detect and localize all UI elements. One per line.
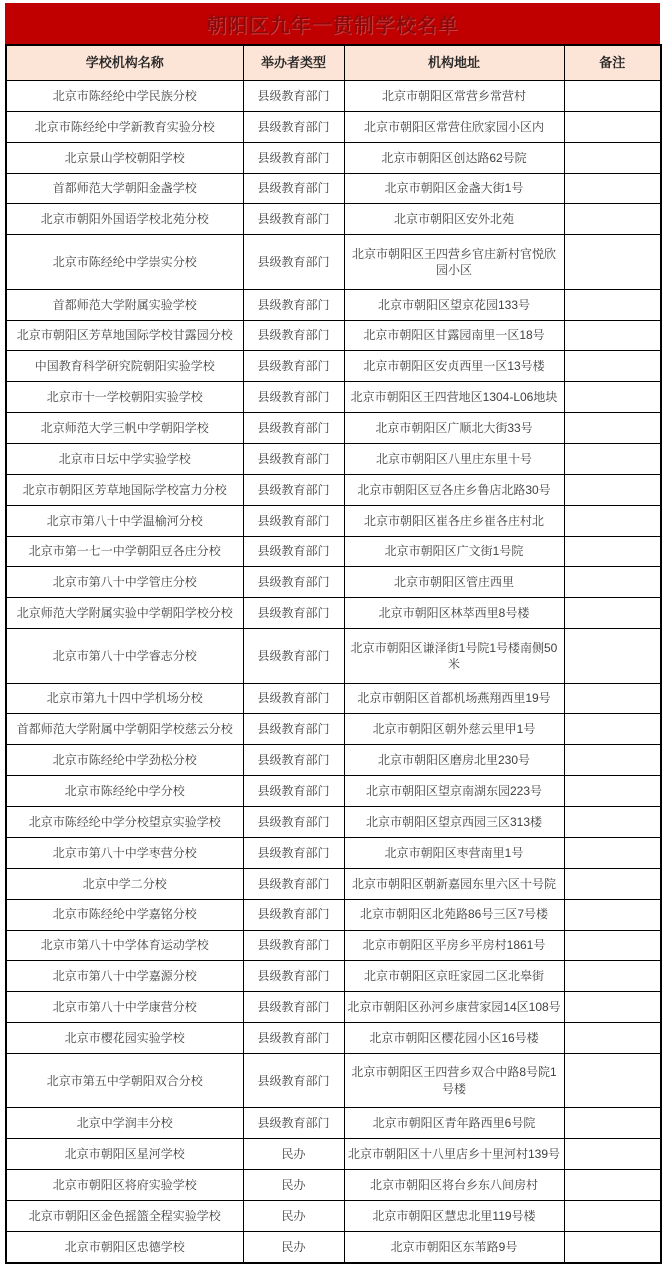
organizer-type-cell: 县级教育部门 bbox=[243, 111, 344, 142]
column-header-address: 机构地址 bbox=[344, 45, 564, 81]
page-title: 朝阳区九年一贯制学校名单 bbox=[207, 9, 459, 38]
school-name-cell: 北京中学润丰分校 bbox=[6, 1108, 243, 1139]
organizer-type-cell: 县级教育部门 bbox=[243, 776, 344, 807]
table-row: 北京市陈经纶中学嘉铭分校县级教育部门北京市朝阳区北苑路86号三区7号楼 bbox=[6, 899, 661, 930]
table-row: 北京市第八十中学管庄分校县级教育部门北京市朝阳区管庄西里 bbox=[6, 567, 661, 598]
address-cell: 北京市朝阳区王四营地区1304-L06地块 bbox=[344, 382, 564, 413]
organizer-type-cell: 县级教育部门 bbox=[243, 413, 344, 444]
address-cell: 北京市朝阳区王四营乡官庄新村官悦欣园小区 bbox=[344, 235, 564, 289]
note-cell bbox=[564, 1108, 661, 1139]
school-name-cell: 北京市陈经纶中学民族分校 bbox=[6, 81, 243, 112]
organizer-type-cell: 民办 bbox=[243, 1231, 344, 1263]
table-row: 北京市第一七一中学朝阳豆各庄分校县级教育部门北京市朝阳区广文街1号院 bbox=[6, 536, 661, 567]
table-row: 北京市陈经纶中学分校县级教育部门北京市朝阳区望京南湖东园223号 bbox=[6, 776, 661, 807]
organizer-type-cell: 县级教育部门 bbox=[243, 320, 344, 351]
organizer-type-cell: 县级教育部门 bbox=[243, 745, 344, 776]
school-name-cell: 北京市第八十中学睿志分校 bbox=[6, 629, 243, 683]
address-cell: 北京市朝阳区平房乡平房村1861号 bbox=[344, 930, 564, 961]
school-name-cell: 北京市第九十四中学机场分校 bbox=[6, 683, 243, 714]
school-name-cell: 北京市第八十中学管庄分校 bbox=[6, 567, 243, 598]
address-cell: 北京市朝阳区京旺家园二区北皋街 bbox=[344, 961, 564, 992]
note-cell bbox=[564, 1139, 661, 1170]
organizer-type-cell: 县级教育部门 bbox=[243, 992, 344, 1023]
address-cell: 北京市朝阳区孙河乡康营家园14区108号 bbox=[344, 992, 564, 1023]
note-cell bbox=[564, 444, 661, 475]
address-cell: 北京市朝阳区首都机场燕翔西里19号 bbox=[344, 683, 564, 714]
note-cell bbox=[564, 81, 661, 112]
note-cell bbox=[564, 930, 661, 961]
school-name-cell: 北京市朝阳区将府实验学校 bbox=[6, 1170, 243, 1201]
note-cell bbox=[564, 320, 661, 351]
table-row: 北京中学润丰分校县级教育部门北京市朝阳区青年路西里6号院 bbox=[6, 1108, 661, 1139]
note-cell bbox=[564, 1170, 661, 1201]
address-cell: 北京市朝阳区常营乡常营村 bbox=[344, 81, 564, 112]
school-name-cell: 北京市陈经纶中学嘉铭分校 bbox=[6, 899, 243, 930]
school-name-cell: 北京市樱花园实验学校 bbox=[6, 1023, 243, 1054]
table-row: 北京市第八十中学枣营分校县级教育部门北京市朝阳区枣营南里1号 bbox=[6, 837, 661, 868]
document-sheet: 朝阳区九年一贯制学校名单 学校机构名称 举办者类型 机构地址 备注 北京市陈经纶… bbox=[0, 0, 665, 1264]
organizer-type-cell: 县级教育部门 bbox=[243, 807, 344, 838]
school-name-cell: 北京市朝阳外国语学校北苑分校 bbox=[6, 204, 243, 235]
school-name-cell: 北京市第五中学朝阳双合分校 bbox=[6, 1053, 243, 1107]
note-cell bbox=[564, 382, 661, 413]
table-row: 首都师范大学附属实验学校县级教育部门北京市朝阳区望京花园133号 bbox=[6, 289, 661, 320]
address-cell: 北京市朝阳区东苇路9号 bbox=[344, 1231, 564, 1263]
table-row: 北京市朝阳区芳草地国际学校富力分校县级教育部门北京市朝阳区豆各庄乡鲁店北路30号 bbox=[6, 474, 661, 505]
note-cell bbox=[564, 567, 661, 598]
school-name-cell: 北京市朝阳区忠德学校 bbox=[6, 1231, 243, 1263]
table-row: 北京景山学校朝阳学校县级教育部门北京市朝阳区创达路62号院 bbox=[6, 142, 661, 173]
school-name-cell: 北京市朝阳区芳草地国际学校富力分校 bbox=[6, 474, 243, 505]
note-cell bbox=[564, 714, 661, 745]
address-cell: 北京市朝阳区望京花园133号 bbox=[344, 289, 564, 320]
school-name-cell: 北京市朝阳区芳草地国际学校甘露园分校 bbox=[6, 320, 243, 351]
organizer-type-cell: 县级教育部门 bbox=[243, 536, 344, 567]
organizer-type-cell: 县级教育部门 bbox=[243, 598, 344, 629]
organizer-type-cell: 县级教育部门 bbox=[243, 382, 344, 413]
organizer-type-cell: 县级教育部门 bbox=[243, 961, 344, 992]
organizer-type-cell: 县级教育部门 bbox=[243, 837, 344, 868]
address-cell: 北京市朝阳区广文街1号院 bbox=[344, 536, 564, 567]
organizer-type-cell: 县级教育部门 bbox=[243, 351, 344, 382]
address-cell: 北京市朝阳区谦泽街1号院1号楼南侧50米 bbox=[344, 629, 564, 683]
note-cell bbox=[564, 961, 661, 992]
note-cell bbox=[564, 142, 661, 173]
organizer-type-cell: 县级教育部门 bbox=[243, 868, 344, 899]
address-cell: 北京市朝阳区望京西园三区313楼 bbox=[344, 807, 564, 838]
school-name-cell: 北京市第八十中学温榆河分校 bbox=[6, 505, 243, 536]
organizer-type-cell: 民办 bbox=[243, 1170, 344, 1201]
address-cell: 北京市朝阳区磨房北里230号 bbox=[344, 745, 564, 776]
table-row: 北京市第八十中学嘉源分校县级教育部门北京市朝阳区京旺家园二区北皋街 bbox=[6, 961, 661, 992]
school-name-cell: 北京市第一七一中学朝阳豆各庄分校 bbox=[6, 536, 243, 567]
organizer-type-cell: 县级教育部门 bbox=[243, 505, 344, 536]
note-cell bbox=[564, 1231, 661, 1263]
organizer-type-cell: 县级教育部门 bbox=[243, 204, 344, 235]
note-cell bbox=[564, 204, 661, 235]
organizer-type-cell: 县级教育部门 bbox=[243, 81, 344, 112]
school-name-cell: 北京市朝阳区金色摇篮全程实验学校 bbox=[6, 1200, 243, 1231]
note-cell bbox=[564, 413, 661, 444]
school-name-cell: 北京师范大学三帆中学朝阳学校 bbox=[6, 413, 243, 444]
table-row: 北京市陈经纶中学劲松分校县级教育部门北京市朝阳区磨房北里230号 bbox=[6, 745, 661, 776]
table-row: 北京市十一学校朝阳实验学校县级教育部门北京市朝阳区王四营地区1304-L06地块 bbox=[6, 382, 661, 413]
school-name-cell: 首都师范大学附属实验学校 bbox=[6, 289, 243, 320]
table-row: 北京市朝阳区芳草地国际学校甘露园分校县级教育部门北京市朝阳区甘露园南里一区18号 bbox=[6, 320, 661, 351]
address-cell: 北京市朝阳区管庄西里 bbox=[344, 567, 564, 598]
table-row: 北京市朝阳区忠德学校民办北京市朝阳区东苇路9号 bbox=[6, 1231, 661, 1263]
address-cell: 北京市朝阳区慧忠北里119号楼 bbox=[344, 1200, 564, 1231]
school-name-cell: 北京市第八十中学康营分校 bbox=[6, 992, 243, 1023]
table-row: 北京市朝阳区星河学校民办北京市朝阳区十八里店乡十里河村139号 bbox=[6, 1139, 661, 1170]
organizer-type-cell: 县级教育部门 bbox=[243, 567, 344, 598]
note-cell bbox=[564, 536, 661, 567]
note-cell bbox=[564, 1023, 661, 1054]
table-row: 首都师范大学附属中学朝阳学校慈云分校县级教育部门北京市朝阳区朝外慈云里甲1号 bbox=[6, 714, 661, 745]
address-cell: 北京市朝阳区青年路西里6号院 bbox=[344, 1108, 564, 1139]
address-cell: 北京市朝阳区创达路62号院 bbox=[344, 142, 564, 173]
note-cell bbox=[564, 899, 661, 930]
address-cell: 北京市朝阳区林萃西里8号楼 bbox=[344, 598, 564, 629]
table-row: 北京市第八十中学体育运动学校县级教育部门北京市朝阳区平房乡平房村1861号 bbox=[6, 930, 661, 961]
table-row: 北京市陈经纶中学新教育实验分校县级教育部门北京市朝阳区常营住欣家园小区内 bbox=[6, 111, 661, 142]
note-cell bbox=[564, 683, 661, 714]
organizer-type-cell: 县级教育部门 bbox=[243, 930, 344, 961]
school-name-cell: 北京市陈经纶中学劲松分校 bbox=[6, 745, 243, 776]
note-cell bbox=[564, 173, 661, 204]
note-cell bbox=[564, 745, 661, 776]
table-row: 北京市朝阳区金色摇篮全程实验学校民办北京市朝阳区慧忠北里119号楼 bbox=[6, 1200, 661, 1231]
school-name-cell: 北京师范大学附属实验中学朝阳学校分校 bbox=[6, 598, 243, 629]
organizer-type-cell: 县级教育部门 bbox=[243, 173, 344, 204]
address-cell: 北京市朝阳区将台乡东八间房村 bbox=[344, 1170, 564, 1201]
school-name-cell: 北京市陈经纶中学新教育实验分校 bbox=[6, 111, 243, 142]
table-row: 北京市第八十中学睿志分校县级教育部门北京市朝阳区谦泽街1号院1号楼南侧50米 bbox=[6, 629, 661, 683]
school-name-cell: 北京市陈经纶中学崇实分校 bbox=[6, 235, 243, 289]
table-row: 北京市樱花园实验学校县级教育部门北京市朝阳区樱花园小区16号楼 bbox=[6, 1023, 661, 1054]
table-row: 北京市第八十中学温榆河分校县级教育部门北京市朝阳区崔各庄乡崔各庄村北 bbox=[6, 505, 661, 536]
column-header-school-name: 学校机构名称 bbox=[6, 45, 243, 81]
school-name-cell: 首都师范大学附属中学朝阳学校慈云分校 bbox=[6, 714, 243, 745]
school-name-cell: 北京市第八十中学嘉源分校 bbox=[6, 961, 243, 992]
organizer-type-cell: 县级教育部门 bbox=[243, 444, 344, 475]
note-cell bbox=[564, 1053, 661, 1107]
address-cell: 北京市朝阳区朝新嘉园东里六区十号院 bbox=[344, 868, 564, 899]
table-row: 首都师范大学朝阳金盏学校县级教育部门北京市朝阳区金盏大街1号 bbox=[6, 173, 661, 204]
organizer-type-cell: 民办 bbox=[243, 1139, 344, 1170]
school-list-table: 学校机构名称 举办者类型 机构地址 备注 北京市陈经纶中学民族分校县级教育部门北… bbox=[5, 44, 662, 1264]
address-cell: 北京市朝阳区常营住欣家园小区内 bbox=[344, 111, 564, 142]
organizer-type-cell: 民办 bbox=[243, 1200, 344, 1231]
note-cell bbox=[564, 289, 661, 320]
organizer-type-cell: 县级教育部门 bbox=[243, 474, 344, 505]
address-cell: 北京市朝阳区豆各庄乡鲁店北路30号 bbox=[344, 474, 564, 505]
school-name-cell: 北京市十一学校朝阳实验学校 bbox=[6, 382, 243, 413]
organizer-type-cell: 县级教育部门 bbox=[243, 899, 344, 930]
table-row: 北京市朝阳外国语学校北苑分校县级教育部门北京市朝阳区安外北苑 bbox=[6, 204, 661, 235]
school-name-cell: 北京市朝阳区星河学校 bbox=[6, 1139, 243, 1170]
table-row: 北京市陈经纶中学分校望京实验学校县级教育部门北京市朝阳区望京西园三区313楼 bbox=[6, 807, 661, 838]
note-cell bbox=[564, 868, 661, 899]
note-cell bbox=[564, 598, 661, 629]
school-name-cell: 中国教育科学研究院朝阳实验学校 bbox=[6, 351, 243, 382]
school-name-cell: 首都师范大学朝阳金盏学校 bbox=[6, 173, 243, 204]
note-cell bbox=[564, 505, 661, 536]
note-cell bbox=[564, 1200, 661, 1231]
table-row: 北京师范大学附属实验中学朝阳学校分校县级教育部门北京市朝阳区林萃西里8号楼 bbox=[6, 598, 661, 629]
table-row: 北京市陈经纶中学崇实分校县级教育部门北京市朝阳区王四营乡官庄新村官悦欣园小区 bbox=[6, 235, 661, 289]
address-cell: 北京市朝阳区樱花园小区16号楼 bbox=[344, 1023, 564, 1054]
note-cell bbox=[564, 776, 661, 807]
address-cell: 北京市朝阳区北苑路86号三区7号楼 bbox=[344, 899, 564, 930]
table-row: 北京师范大学三帆中学朝阳学校县级教育部门北京市朝阳区广顺北大街33号 bbox=[6, 413, 661, 444]
school-name-cell: 北京市日坛中学实验学校 bbox=[6, 444, 243, 475]
organizer-type-cell: 县级教育部门 bbox=[243, 235, 344, 289]
school-name-cell: 北京市陈经纶中学分校望京实验学校 bbox=[6, 807, 243, 838]
note-cell bbox=[564, 837, 661, 868]
address-cell: 北京市朝阳区十八里店乡十里河村139号 bbox=[344, 1139, 564, 1170]
table-row: 中国教育科学研究院朝阳实验学校县级教育部门北京市朝阳区安贞西里一区13号楼 bbox=[6, 351, 661, 382]
table-row: 北京市朝阳区将府实验学校民办北京市朝阳区将台乡东八间房村 bbox=[6, 1170, 661, 1201]
table-row: 北京市第八十中学康营分校县级教育部门北京市朝阳区孙河乡康营家园14区108号 bbox=[6, 992, 661, 1023]
school-name-cell: 北京市第八十中学体育运动学校 bbox=[6, 930, 243, 961]
school-name-cell: 北京景山学校朝阳学校 bbox=[6, 142, 243, 173]
school-name-cell: 北京市陈经纶中学分校 bbox=[6, 776, 243, 807]
note-cell bbox=[564, 474, 661, 505]
address-cell: 北京市朝阳区安贞西里一区13号楼 bbox=[344, 351, 564, 382]
address-cell: 北京市朝阳区安外北苑 bbox=[344, 204, 564, 235]
header-row: 学校机构名称 举办者类型 机构地址 备注 bbox=[6, 45, 661, 81]
table-row: 北京市第五中学朝阳双合分校县级教育部门北京市朝阳区王四营乡双合中路8号院1号楼 bbox=[6, 1053, 661, 1107]
note-cell bbox=[564, 351, 661, 382]
address-cell: 北京市朝阳区金盏大街1号 bbox=[344, 173, 564, 204]
title-bar: 朝阳区九年一贯制学校名单 bbox=[5, 3, 660, 44]
table-header: 学校机构名称 举办者类型 机构地址 备注 bbox=[6, 45, 661, 81]
address-cell: 北京市朝阳区王四营乡双合中路8号院1号楼 bbox=[344, 1053, 564, 1107]
address-cell: 北京市朝阳区八里庄东里十号 bbox=[344, 444, 564, 475]
table-body: 北京市陈经纶中学民族分校县级教育部门北京市朝阳区常营乡常营村北京市陈经纶中学新教… bbox=[6, 81, 661, 1264]
organizer-type-cell: 县级教育部门 bbox=[243, 1108, 344, 1139]
organizer-type-cell: 县级教育部门 bbox=[243, 1053, 344, 1107]
table-row: 北京市陈经纶中学民族分校县级教育部门北京市朝阳区常营乡常营村 bbox=[6, 81, 661, 112]
organizer-type-cell: 县级教育部门 bbox=[243, 1023, 344, 1054]
organizer-type-cell: 县级教育部门 bbox=[243, 289, 344, 320]
column-header-organizer-type: 举办者类型 bbox=[243, 45, 344, 81]
address-cell: 北京市朝阳区望京南湖东园223号 bbox=[344, 776, 564, 807]
column-header-note: 备注 bbox=[564, 45, 661, 81]
school-name-cell: 北京中学二分校 bbox=[6, 868, 243, 899]
note-cell bbox=[564, 111, 661, 142]
note-cell bbox=[564, 235, 661, 289]
address-cell: 北京市朝阳区枣营南里1号 bbox=[344, 837, 564, 868]
address-cell: 北京市朝阳区崔各庄乡崔各庄村北 bbox=[344, 505, 564, 536]
organizer-type-cell: 县级教育部门 bbox=[243, 629, 344, 683]
table-row: 北京市第九十四中学机场分校县级教育部门北京市朝阳区首都机场燕翔西里19号 bbox=[6, 683, 661, 714]
note-cell bbox=[564, 992, 661, 1023]
organizer-type-cell: 县级教育部门 bbox=[243, 714, 344, 745]
address-cell: 北京市朝阳区朝外慈云里甲1号 bbox=[344, 714, 564, 745]
school-name-cell: 北京市第八十中学枣营分校 bbox=[6, 837, 243, 868]
table-row: 北京中学二分校县级教育部门北京市朝阳区朝新嘉园东里六区十号院 bbox=[6, 868, 661, 899]
table-row: 北京市日坛中学实验学校县级教育部门北京市朝阳区八里庄东里十号 bbox=[6, 444, 661, 475]
address-cell: 北京市朝阳区广顺北大街33号 bbox=[344, 413, 564, 444]
organizer-type-cell: 县级教育部门 bbox=[243, 142, 344, 173]
note-cell bbox=[564, 629, 661, 683]
address-cell: 北京市朝阳区甘露园南里一区18号 bbox=[344, 320, 564, 351]
organizer-type-cell: 县级教育部门 bbox=[243, 683, 344, 714]
note-cell bbox=[564, 807, 661, 838]
